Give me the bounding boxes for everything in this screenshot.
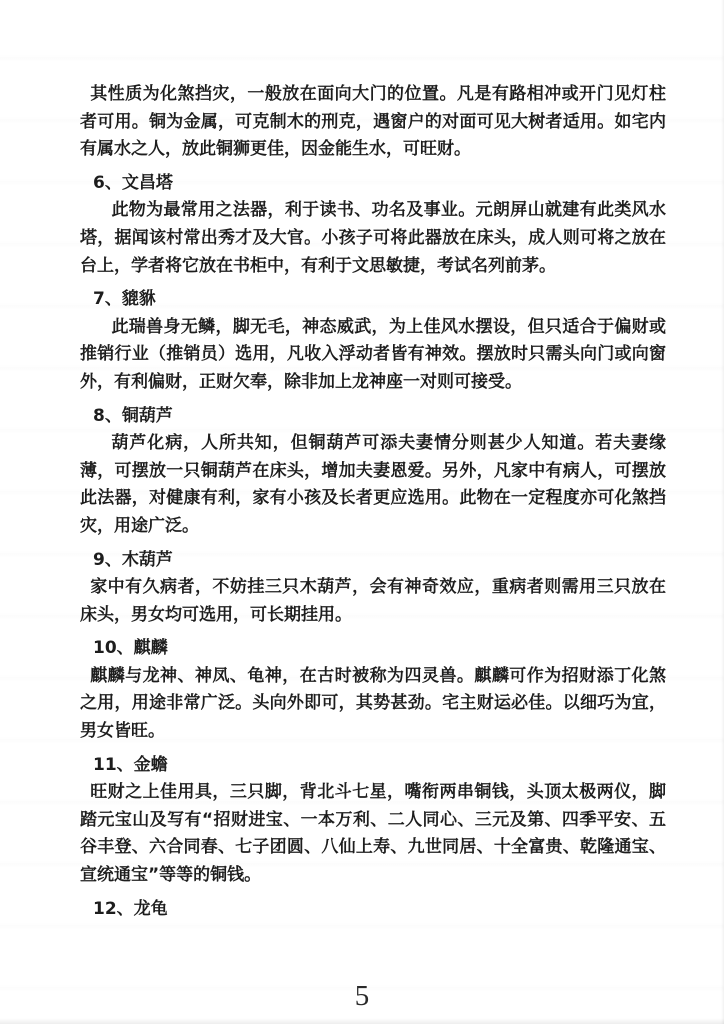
section-paragraph: 麒麟与龙神、神凤、龟神，在古时被称为四灵兽。麒麟可作为招财添丁化煞之用，用途非常… [80,663,666,746]
section-heading: 11、金蟾 [80,752,666,780]
section-heading: 12、龙龟 [80,896,666,924]
section-paragraph: 此物为最常用之法器，利于读书、功名及事业。元朗屏山就建有此类风水塔，据闻该村常出… [80,197,666,280]
section-heading: 7、貔貅 [80,286,666,314]
section-golden-toad: 11、金蟾 旺财之上佳用具，三只脚，背北斗七星，嘴衔两串铜钱，头顶太极两仪，脚踏… [80,752,666,890]
section-paragraph: 家中有久病者，不妨挂三只木葫芦，会有神奇效应，重病者则需用三只放在床头，男女均可… [80,574,666,629]
page-number: 5 [0,980,724,1013]
section-heading: 6、文昌塔 [80,170,666,198]
section-wenchang-tower: 6、文昌塔 此物为最常用之法器，利于读书、功名及事业。元朗屏山就建有此类风水塔，… [80,170,666,280]
section-paragraph: 旺财之上佳用具，三只脚，背北斗七星，嘴衔两串铜钱，头顶太极两仪，脚踏元宝山及写有… [80,779,666,889]
page-bottom-edge-shadow [0,1018,724,1024]
section-qilin: 10、麒麟 麒麟与龙神、神凤、龟神，在古时被称为四灵兽。麒麟可作为招财添丁化煞之… [80,635,666,745]
section-heading: 9、木葫芦 [80,547,666,575]
section-wood-gourd: 9、木葫芦 家中有久病者，不妨挂三只木葫芦，会有神奇效应，重病者则需用三只放在床… [80,547,666,630]
intro-paragraph: 其性质为化煞挡灾，一般放在面向大门的位置。凡是有路相冲或开门见灯柱者可用。铜为金… [80,81,666,164]
page-content: 其性质为化煞挡灾，一般放在面向大门的位置。凡是有路相冲或开门见灯柱者可用。铜为金… [80,81,666,923]
section-dragon-turtle: 12、龙龟 [80,896,666,924]
section-heading: 8、铜葫芦 [80,403,666,431]
document-page: 其性质为化煞挡灾，一般放在面向大门的位置。凡是有路相冲或开门见灯柱者可用。铜为金… [0,0,724,1024]
section-copper-gourd: 8、铜葫芦 葫芦化病，人所共知，但铜葫芦可添夫妻情分则甚少人知道。若夫妻缘薄，可… [80,403,666,541]
section-heading: 10、麒麟 [80,635,666,663]
section-paragraph: 葫芦化病，人所共知，但铜葫芦可添夫妻情分则甚少人知道。若夫妻缘薄，可摆放一只铜葫… [80,430,666,540]
section-paragraph: 此瑞兽身无鳞，脚无毛，神态威武，为上佳风水摆设，但只适合于偏财或推销行业（推销员… [80,314,666,397]
section-pixiu: 7、貔貅 此瑞兽身无鳞，脚无毛，神态威武，为上佳风水摆设，但只适合于偏财或推销行… [80,286,666,396]
